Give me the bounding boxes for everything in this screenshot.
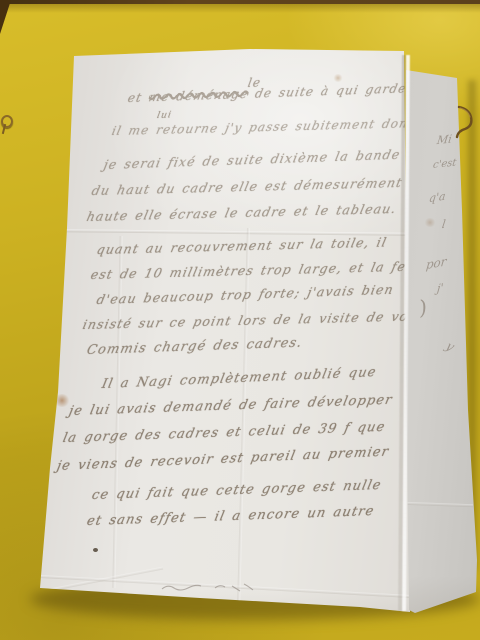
flap-text-fragment: ) <box>417 295 429 320</box>
handwriting-line: ce qui fait que cette gorge est nulle <box>90 478 383 503</box>
ink-speck <box>93 548 98 552</box>
foxing-stain <box>424 218 436 227</box>
fold-crease-vertical-center <box>237 228 250 608</box>
crossed-post: de suite à qui garde <box>254 81 408 100</box>
flap-text-fragment: y <box>443 339 458 353</box>
flap-text-fragment: j' <box>436 281 444 295</box>
flap-text-fragment: Mi <box>436 132 453 147</box>
handwriting-line: insisté sur ce point lors de la visite d… <box>81 308 431 332</box>
crossed-out-word: me déménage <box>148 87 250 105</box>
brass-hook-icon <box>0 112 12 136</box>
handwriting-line: je viens de recevoir est pareil au premi… <box>55 444 390 474</box>
handwriting-line: est de 10 millimètres trop large, et la … <box>89 258 440 282</box>
foxing-stain <box>333 74 343 82</box>
pencil-annotation <box>160 580 260 596</box>
mat-top-shade <box>0 4 480 13</box>
handwriting-line: Il a Nagi complètement oublié que <box>100 365 377 392</box>
handwriting-line: du haut du cadre elle est démesurément <box>90 175 404 198</box>
photo-of-letter: le et me déménage de suite à qui garde l… <box>0 0 480 640</box>
handwriting-line-crossed: et me déménage de suite à qui garde <box>127 81 409 105</box>
handwriting-interline-word: lui <box>156 110 173 121</box>
handwriting-line: je serai fixé de suite dixième la bande <box>102 147 402 172</box>
flap-text-fragment: q'a <box>428 190 446 206</box>
handwriting-line: haute elle écrase le cadre et le tableau… <box>85 201 398 224</box>
crossed-pre: et <box>127 90 144 105</box>
flap-text-fragment: por <box>425 254 447 272</box>
handwriting-line: quant au recouvrement sur la toile, il <box>95 234 388 257</box>
flap-text-fragment: l <box>441 217 446 231</box>
handwriting-line: et sans effet — il a encore un autre <box>85 504 375 529</box>
foxing-stain <box>54 394 70 407</box>
brass-hook-icon <box>455 105 477 141</box>
flap-crease <box>405 502 473 507</box>
handwriting-line: la gorge des cadres et celui de 39 f que <box>61 420 386 446</box>
flap-text-fragment: c'est <box>432 157 457 171</box>
